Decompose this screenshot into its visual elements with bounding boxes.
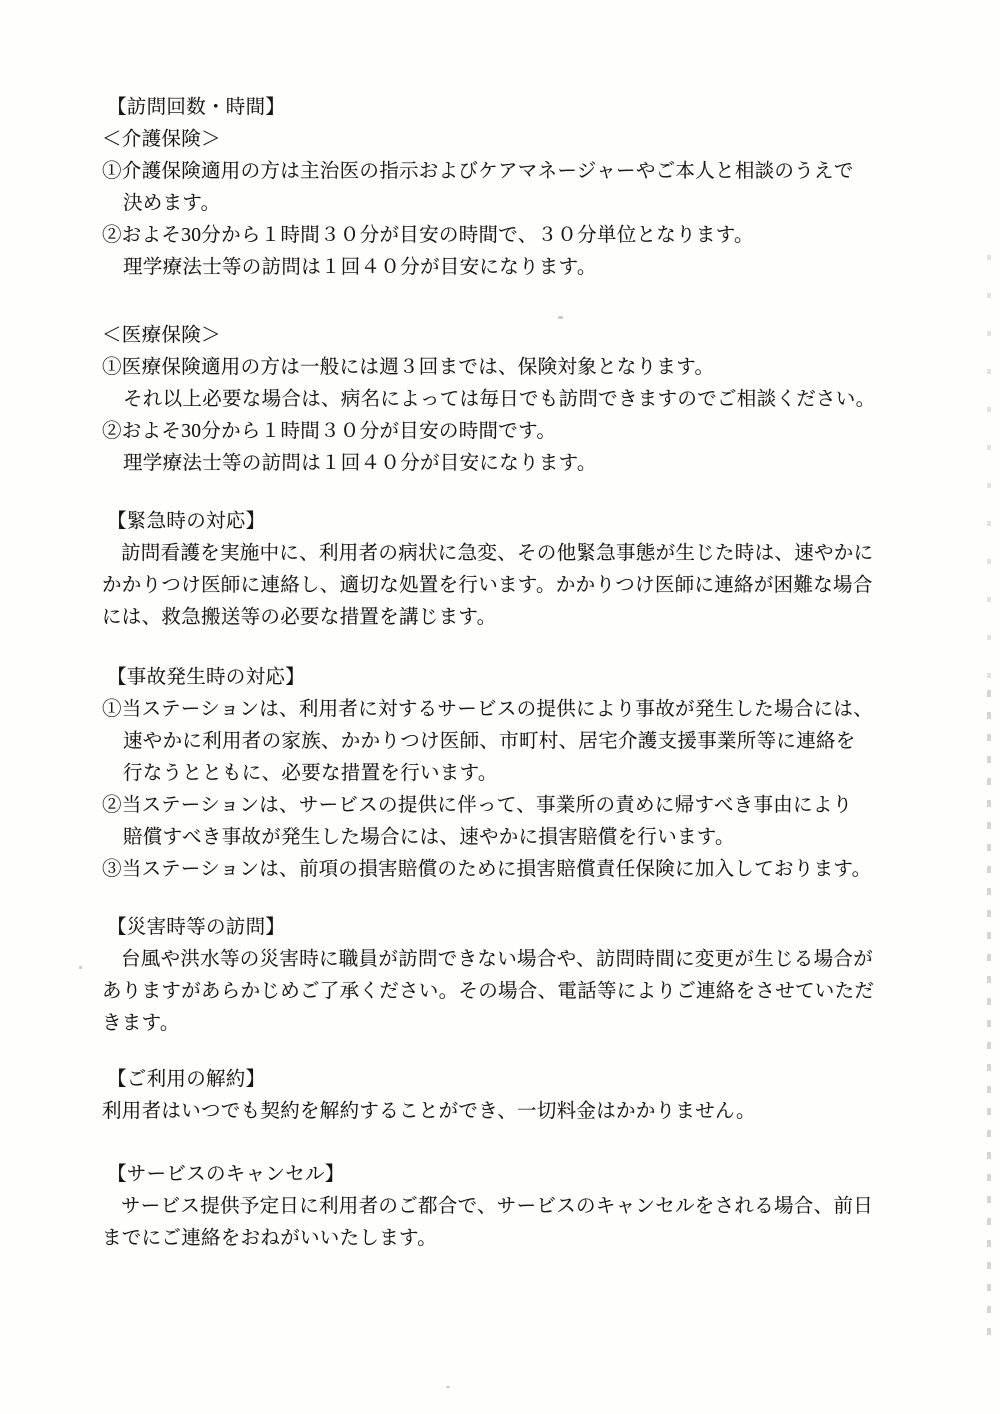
doc-line: サービス提供予定日に利用者のご都合で、サービスのキャンセルをされる場合、前日 [102,1191,960,1223]
doc-line: ありますがあらかじめご了承ください。その場合、電話等によりご連絡をさせていただ [102,976,960,1008]
section-visit-frequency-and-time: 【訪問回数・時間】 ＜介護保険＞ ①介護保険適用の方は主治医の指示およびケアマネ… [102,92,960,284]
doc-line: ①当ステーションは、利用者に対するサービスの提供により事故が発生した場合には、 [102,694,960,726]
doc-line: ③当ステーションは、前項の損害賠償のために損害賠償責任保険に加入しております。 [102,854,960,886]
section-accident-response: 【事故発生時の対応】 ①当ステーションは、利用者に対するサービスの提供により事故… [102,662,960,886]
doc-line: ②およそ30分から１時間３０分が目安の時間で、３０分単位となります。 [102,220,960,252]
doc-line: 速やかに利用者の家族、かかりつけ医師、市町村、居宅介護支援事業所等に連絡を [102,726,960,758]
doc-line: 決めます。 [102,188,960,220]
doc-line: には、救急搬送等の必要な措置を講じます。 [102,602,960,634]
section-emergency-response: 【緊急時の対応】 訪問看護を実施中に、利用者の病状に急変、その他緊急事態が生じた… [102,506,960,634]
doc-line: きます。 [102,1008,960,1040]
scan-speck [79,966,82,969]
doc-line: かかりつけ医師に連絡し、適切な処置を行います。かかりつけ医師に連絡が困難な場合 [102,570,960,602]
section-heading: 【サービスのキャンセル】 [102,1159,960,1191]
scan-speck [558,316,563,319]
scan-artifact-dashed-line-upper [987,255,991,685]
doc-line: までにご連絡をおねがいいたします。 [102,1223,960,1255]
document-page: 【訪問回数・時間】 ＜介護保険＞ ①介護保険適用の方は主治医の指示およびケアマネ… [0,0,1000,1414]
doc-line: ②およそ30分から１時間３０分が目安の時間です。 [102,416,960,448]
section-medical-insurance: ＜医療保険＞ ①医療保険適用の方は一般には週３回までは、保険対象となります。 そ… [102,320,960,480]
section-subheading: ＜医療保険＞ [102,320,960,352]
doc-line: それ以上必要な場合は、病名によっては毎日でも訪問できますのでご相談ください。 [102,384,960,416]
section-heading: 【訪問回数・時間】 [102,92,960,124]
section-disaster-visits: 【災害時等の訪問】 台風や洪水等の災害時に職員が訪問できない場合や、訪問時間に変… [102,912,960,1040]
section-service-cancellation: 【サービスのキャンセル】 サービス提供予定日に利用者のご都合で、サービスのキャン… [102,1159,960,1255]
scan-artifact-dashed-line-lower [987,690,991,1350]
section-heading: 【ご利用の解約】 [102,1064,960,1096]
scan-speck [446,1386,450,1388]
document-content: 【訪問回数・時間】 ＜介護保険＞ ①介護保険適用の方は主治医の指示およびケアマネ… [102,92,960,1255]
doc-line: 利用者はいつでも契約を解約することができ、一切料金はかかりません。 [102,1096,960,1128]
doc-line: 行なうとともに、必要な措置を行います。 [102,758,960,790]
section-cancellation-of-contract: 【ご利用の解約】 利用者はいつでも契約を解約することができ、一切料金はかかりませ… [102,1064,960,1128]
section-heading: 【災害時等の訪問】 [102,912,960,944]
doc-line: ①介護保険適用の方は主治医の指示およびケアマネージャーやご本人と相談のうえで [102,156,960,188]
doc-line: 賠償すべき事故が発生した場合には、速やかに損害賠償を行います。 [102,822,960,854]
doc-line: ①医療保険適用の方は一般には週３回までは、保険対象となります。 [102,352,960,384]
doc-line: 理学療法士等の訪問は１回４０分が目安になります。 [102,448,960,480]
doc-line: 訪問看護を実施中に、利用者の病状に急変、その他緊急事態が生じた時は、速やかに [102,538,960,570]
doc-line: 台風や洪水等の災害時に職員が訪問できない場合や、訪問時間に変更が生じる場合が [102,944,960,976]
section-subheading: ＜介護保険＞ [102,124,960,156]
doc-line: 理学療法士等の訪問は１回４０分が目安になります。 [102,252,960,284]
section-heading: 【事故発生時の対応】 [102,662,960,694]
doc-line: ②当ステーションは、サービスの提供に伴って、事業所の責めに帰すべき事由により [102,790,960,822]
section-heading: 【緊急時の対応】 [102,506,960,538]
